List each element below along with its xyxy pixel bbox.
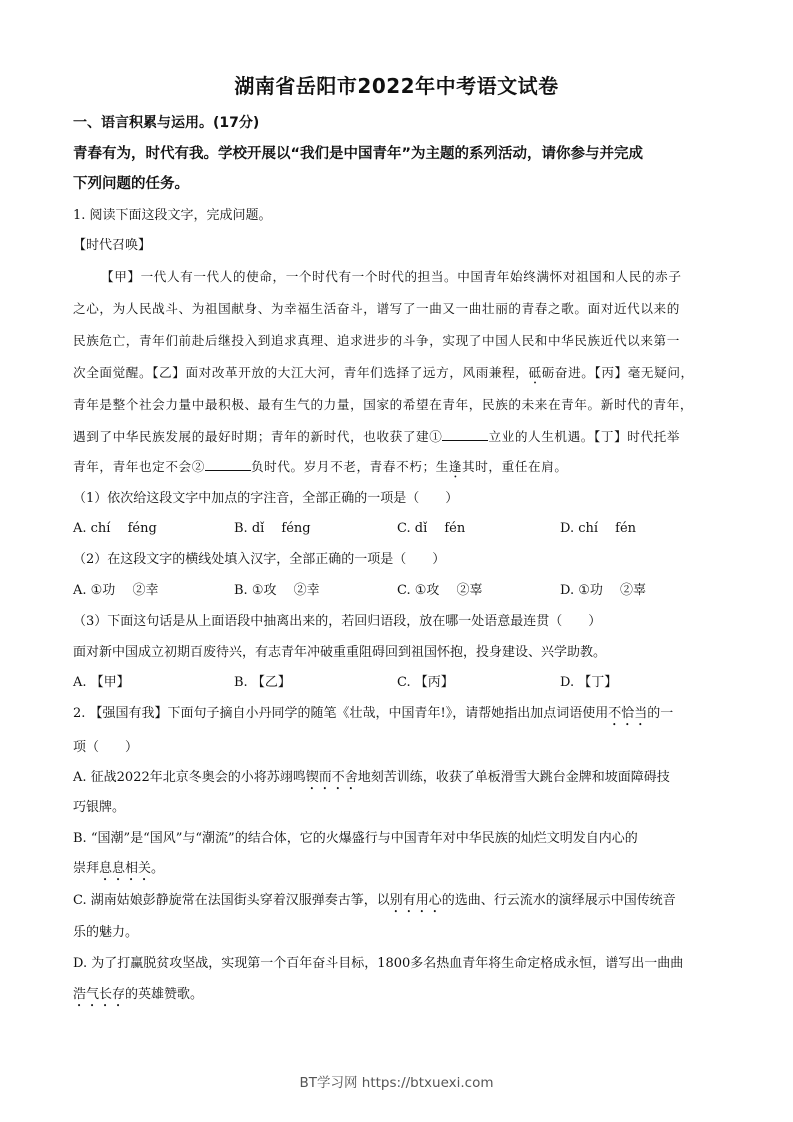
intro-line-2: 下列问题的任务。 (73, 172, 189, 193)
passage-heading: 【时代召唤】 (73, 234, 151, 253)
option-a: A. chí féng (73, 517, 157, 536)
dotted-text: 锲而不舍 (306, 770, 358, 785)
option-a: A. ①功 ②幸 (73, 579, 158, 598)
question-1-stem: 1. 阅读下面这段文字，完成问题。 (73, 204, 272, 223)
option-text: A. 征战2022年北京冬奥会的小将苏翊鸣 (73, 770, 306, 785)
question-2-stem-cont: 项（ ） (73, 736, 138, 755)
q2-option-a-cont: 巧银牌。 (73, 796, 125, 815)
exam-page: 湖南省岳阳市2022年中考语文试卷 一、语言积累与运用。(17分) 青春有为，时… (0, 0, 793, 1122)
section-heading: 一、语言积累与运用。(17分) (73, 112, 259, 132)
option-b: B. ①攻 ②幸 (234, 579, 320, 598)
option-b: B. 【乙】 (234, 671, 291, 690)
option-text: C. 湖南姑娘彭静旋常在法国街头穿着汉服弹奏古筝，以 (73, 893, 390, 908)
option-c: C. ①攻 ②辜 (397, 579, 483, 598)
sub-question-3: （3）下面这句话是从上面语段中抽离出来的，若回归语段，放在哪一处语意最连贯（ ） (73, 610, 601, 629)
passage-line: 次全面觉醒。【乙】面对改革开放的大江大河，青年们选择了远方，风雨兼程，砥砺奋进。… (73, 362, 694, 387)
option-c: C. 【丙】 (397, 671, 454, 690)
q2-option-a: A. 征战2022年北京冬奥会的小将苏翊鸣锲而不舍地刻苦训练，收获了单板滑雪大跳… (73, 766, 670, 793)
passage-line: 之心，为人民战斗、为祖国献身、为幸福生活奋斗，谱写了一曲又一曲壮丽的青春之歌。面… (73, 298, 680, 317)
option-b: B. dǐ féng (234, 517, 311, 536)
option-text: 地刻苦训练，收获了单板滑雪大跳台金牌和坡面障碍技 (358, 770, 670, 785)
blank-1 (442, 428, 488, 441)
option-text: 。 (151, 861, 164, 876)
sub-question-2: （2）在这段文字的横线处填入汉字，全部正确的一项是（ ） (73, 548, 445, 567)
option-d: D. 【丁】 (560, 671, 617, 690)
dotted-char: 逢 (449, 459, 462, 474)
question-2-stem: 2. 【强国有我】下面句子摘自小丹同学的随笔《壮哉，中国青年!》，请帮她指出加点… (73, 702, 673, 729)
dotted-text: 不恰当 (608, 706, 647, 721)
dotted-text: 别有用心 (390, 893, 442, 908)
passage-line: 青年是整个社会力量中最积极、最有生气的力量，国家的希望在青年，民族的未来在青年。… (73, 394, 693, 413)
q2-option-b: B. “国潮”是“国风”与“潮流”的结合体，它的火爆盛行与中国青年对中华民族的灿… (73, 827, 638, 846)
option-d: D. ①功 ②辜 (560, 579, 646, 598)
option-text: 崇拜 (73, 861, 99, 876)
passage-text: 负时代。岁月不老，青春不朽；生 (251, 459, 449, 474)
option-c: C. dǐ fén (397, 517, 465, 536)
q2-option-b-cont: 崇拜息息相关。 (73, 857, 164, 884)
passage-line: 遇到了中华民族发展的最好时期；青年的新时代，也收获了建①立业的人生机遇。【丁】时… (73, 426, 680, 445)
q2-option-c: C. 湖南姑娘彭静旋常在法国街头穿着汉服弹奏古筝，以别有用心的选曲、行云流水的演… (73, 889, 676, 916)
option-text: 的英雄赞歌。 (125, 987, 203, 1002)
passage-text: 立业的人生机遇。【丁】时代托举 (488, 429, 680, 444)
dotted-text: 浩气长存 (73, 987, 125, 1002)
passage-line: 【甲】一代人有一代人的使命，一个时代有一个时代的担当。中国青年始终满怀对祖国和人… (101, 266, 682, 285)
page-title: 湖南省岳阳市2022年中考语文试卷 (0, 70, 793, 99)
passage-line: 青年，青年也定不会②负时代。岁月不老，青春不朽；生逢其时，重任在肩。 (73, 456, 568, 481)
q2-option-d-cont: 浩气长存的英雄赞歌。 (73, 983, 203, 1010)
blank-2 (205, 458, 251, 471)
extracted-sentence: 面对新中国成立初期百废待兴，有志青年冲破重重阻碍回到祖国怀抱，投身建设、兴学助教… (73, 641, 606, 660)
q2-option-d: D. 为了打赢脱贫攻坚战，实现第一个百年奋斗目标，1800多名热血青年将生命定格… (73, 952, 683, 971)
passage-line: 民族危亡，青年们前赴后继投入到追求真理、追求进步的斗争，实现了中国人民和中华民族… (73, 330, 680, 349)
stem-text: 2. 【强国有我】下面句子摘自小丹同学的随笔《壮哉，中国青年!》，请帮她指出加点… (73, 706, 608, 721)
q2-option-c-cont: 乐的魅力。 (73, 921, 138, 940)
passage-text: 遇到了中华民族发展的最好时期；青年的新时代，也收获了建① (73, 429, 442, 444)
option-d: D. chí fén (560, 517, 636, 536)
passage-text: 青年，青年也定不会② (73, 459, 205, 474)
passage-text: 其时，重任在肩。 (462, 459, 568, 474)
passage-text: 次全面觉醒。【乙】面对改革开放的大江大河，青年们选择了远方，风雨兼程， (73, 365, 528, 380)
dotted-text: 息息相关 (99, 861, 151, 876)
sub-question-1: （1）依次给这段文字中加点的字注音，全部正确的一项是（ ） (73, 487, 458, 506)
stem-text: 的一 (647, 706, 673, 721)
intro-line-1: 青春有为，时代有我。学校开展以“我们是中国青年”为主题的系列活动，请你参与并完成 (73, 142, 643, 163)
dotted-char: 砥 (528, 365, 541, 380)
option-a: A. 【甲】 (73, 671, 130, 690)
option-text: 的选曲、行云流水的演绎展示中国传统音 (442, 893, 676, 908)
watermark-footer: BT学习网 https://btxuexi.com (0, 1071, 793, 1091)
passage-text: 砺奋进。【丙】毫无疑问， (542, 365, 694, 380)
